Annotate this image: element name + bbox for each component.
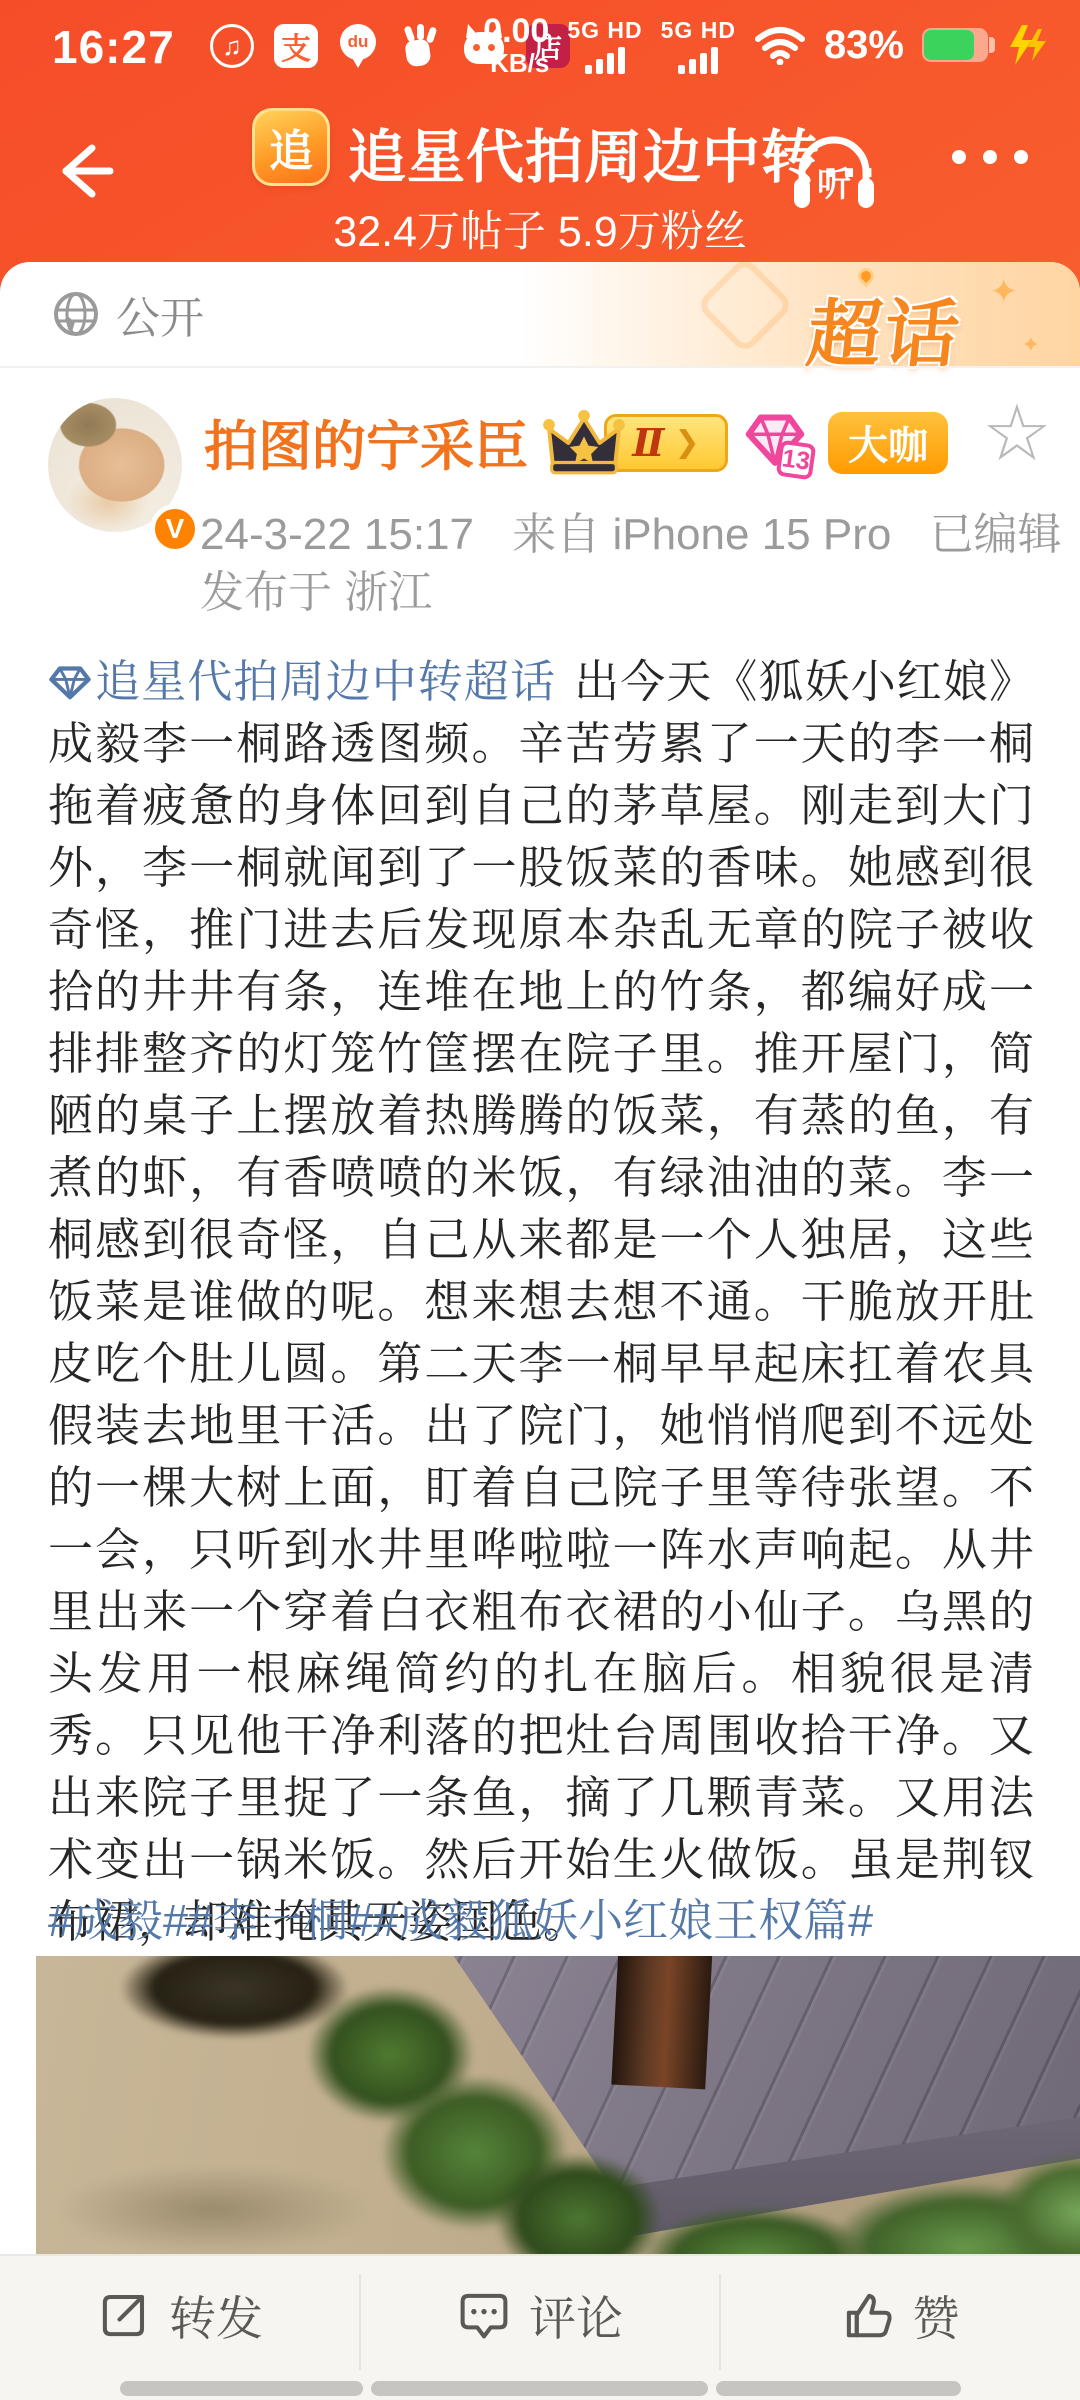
post-time: 24-3-22 15:17 bbox=[200, 510, 474, 559]
topic-header: 追 追星代拍周边中转… 32.4万帖子 5.9万粉丝 听 bbox=[0, 92, 1080, 264]
topic-avatar[interactable]: 追 bbox=[252, 108, 330, 186]
status-bar: 16:27 ♫ 支 du 店 0.00 KB/s 5G HD bbox=[0, 0, 1080, 92]
repost-button[interactable]: 转发 bbox=[0, 2256, 360, 2374]
visibility-label: 公开 bbox=[116, 282, 204, 346]
globe-icon bbox=[52, 290, 100, 338]
battery-percent: 83% bbox=[824, 23, 904, 68]
daka-badge[interactable]: 大咖 bbox=[828, 412, 948, 474]
divider bbox=[719, 2274, 721, 2370]
post-meta: 24-3-22 15:17 来自 iPhone 15 Pro 已编辑 bbox=[200, 498, 1062, 562]
author-name[interactable]: 拍图的宁采臣 bbox=[204, 404, 528, 481]
divider bbox=[359, 2274, 361, 2370]
post-action-bar: 转发 评论 赞 bbox=[0, 2254, 1080, 2400]
post-photo[interactable] bbox=[36, 1956, 1080, 2254]
gem-level-badge[interactable]: 13 bbox=[744, 408, 814, 478]
vip-crown-badge[interactable]: Ⅱ ❯ bbox=[542, 408, 730, 478]
like-button[interactable]: 赞 bbox=[720, 2256, 1080, 2374]
visibility-bar: 公开 超话 ✦ ✦ bbox=[0, 262, 1080, 366]
sparkle-icon: ✦ bbox=[990, 272, 1019, 312]
more-menu-button[interactable] bbox=[952, 150, 1028, 164]
topic-link[interactable]: 追星代拍周边中转超话 bbox=[94, 656, 556, 707]
post-card: 公开 超话 ✦ ✦ V 拍图的宁采臣 Ⅱ ❯ bbox=[0, 262, 1080, 2254]
map-pin-icon: du bbox=[338, 24, 378, 68]
sim2-signal-icon: 5G HD bbox=[661, 17, 736, 74]
divider bbox=[0, 366, 1080, 368]
gesture-bar-segment[interactable] bbox=[371, 2381, 708, 2396]
comment-button[interactable]: 评论 bbox=[360, 2256, 720, 2374]
alipay-app-icon: 支 bbox=[274, 24, 318, 68]
post-source[interactable]: 来自 iPhone 15 Pro bbox=[512, 510, 891, 559]
comment-icon bbox=[457, 2288, 511, 2342]
repost-icon bbox=[97, 2288, 151, 2342]
svg-text:听: 听 bbox=[817, 166, 851, 204]
wooden-post bbox=[612, 1956, 713, 2089]
network-speed: 0.00 KB/s bbox=[483, 14, 549, 77]
charging-bolt-icon bbox=[1006, 23, 1050, 67]
sparkle-icon: ✦ bbox=[1022, 332, 1040, 358]
hand-gesture-icon bbox=[398, 24, 442, 68]
author-row: 拍图的宁采臣 Ⅱ ❯ 13 大咖 bbox=[204, 404, 948, 481]
post-body: 追星代拍周边中转超话出今天《狐妖小红娘》成毅李一桐路透图频。辛苦劳累了一天的李一… bbox=[48, 651, 1034, 1953]
crown-icon bbox=[542, 408, 626, 478]
supertopic-gem-icon bbox=[48, 660, 92, 704]
post-text: 出今天《狐妖小红娘》成毅李一桐路透图频。辛苦劳累了一天的李一桐拖着疲惫的身体回到… bbox=[48, 656, 1034, 1947]
verified-badge: V bbox=[150, 504, 200, 554]
status-indicators: 0.00 KB/s 5G HD 5G HD 83% bbox=[483, 14, 1050, 77]
wifi-icon bbox=[754, 25, 806, 65]
back-button[interactable] bbox=[48, 136, 118, 206]
post-location: 发布于 浙江 bbox=[200, 556, 432, 620]
favorite-star-button[interactable]: ☆ bbox=[982, 394, 1052, 472]
sim1-signal-icon: 5G HD bbox=[567, 17, 642, 74]
gesture-bar-segment[interactable] bbox=[716, 2381, 961, 2396]
clock: 16:27 bbox=[52, 20, 175, 74]
gesture-bar-segment[interactable] bbox=[120, 2381, 363, 2396]
music-app-icon: ♫ bbox=[210, 24, 254, 68]
battery-icon bbox=[922, 28, 988, 62]
thumbs-up-icon bbox=[841, 2288, 895, 2342]
visibility-setting[interactable]: 公开 bbox=[52, 262, 204, 366]
hashtag-links[interactable]: #成毅##李一桐##成毅狐妖小红娘王权篇# bbox=[48, 1890, 1034, 1952]
edited-flag: 已编辑 bbox=[930, 510, 1062, 559]
listen-button[interactable]: 听 bbox=[788, 126, 880, 221]
weibo-supertopic-post-screen: 16:27 ♫ 支 du 店 0.00 KB/s 5G HD bbox=[0, 0, 1080, 2400]
topic-stats: 32.4万帖子 5.9万粉丝 bbox=[0, 198, 1080, 259]
